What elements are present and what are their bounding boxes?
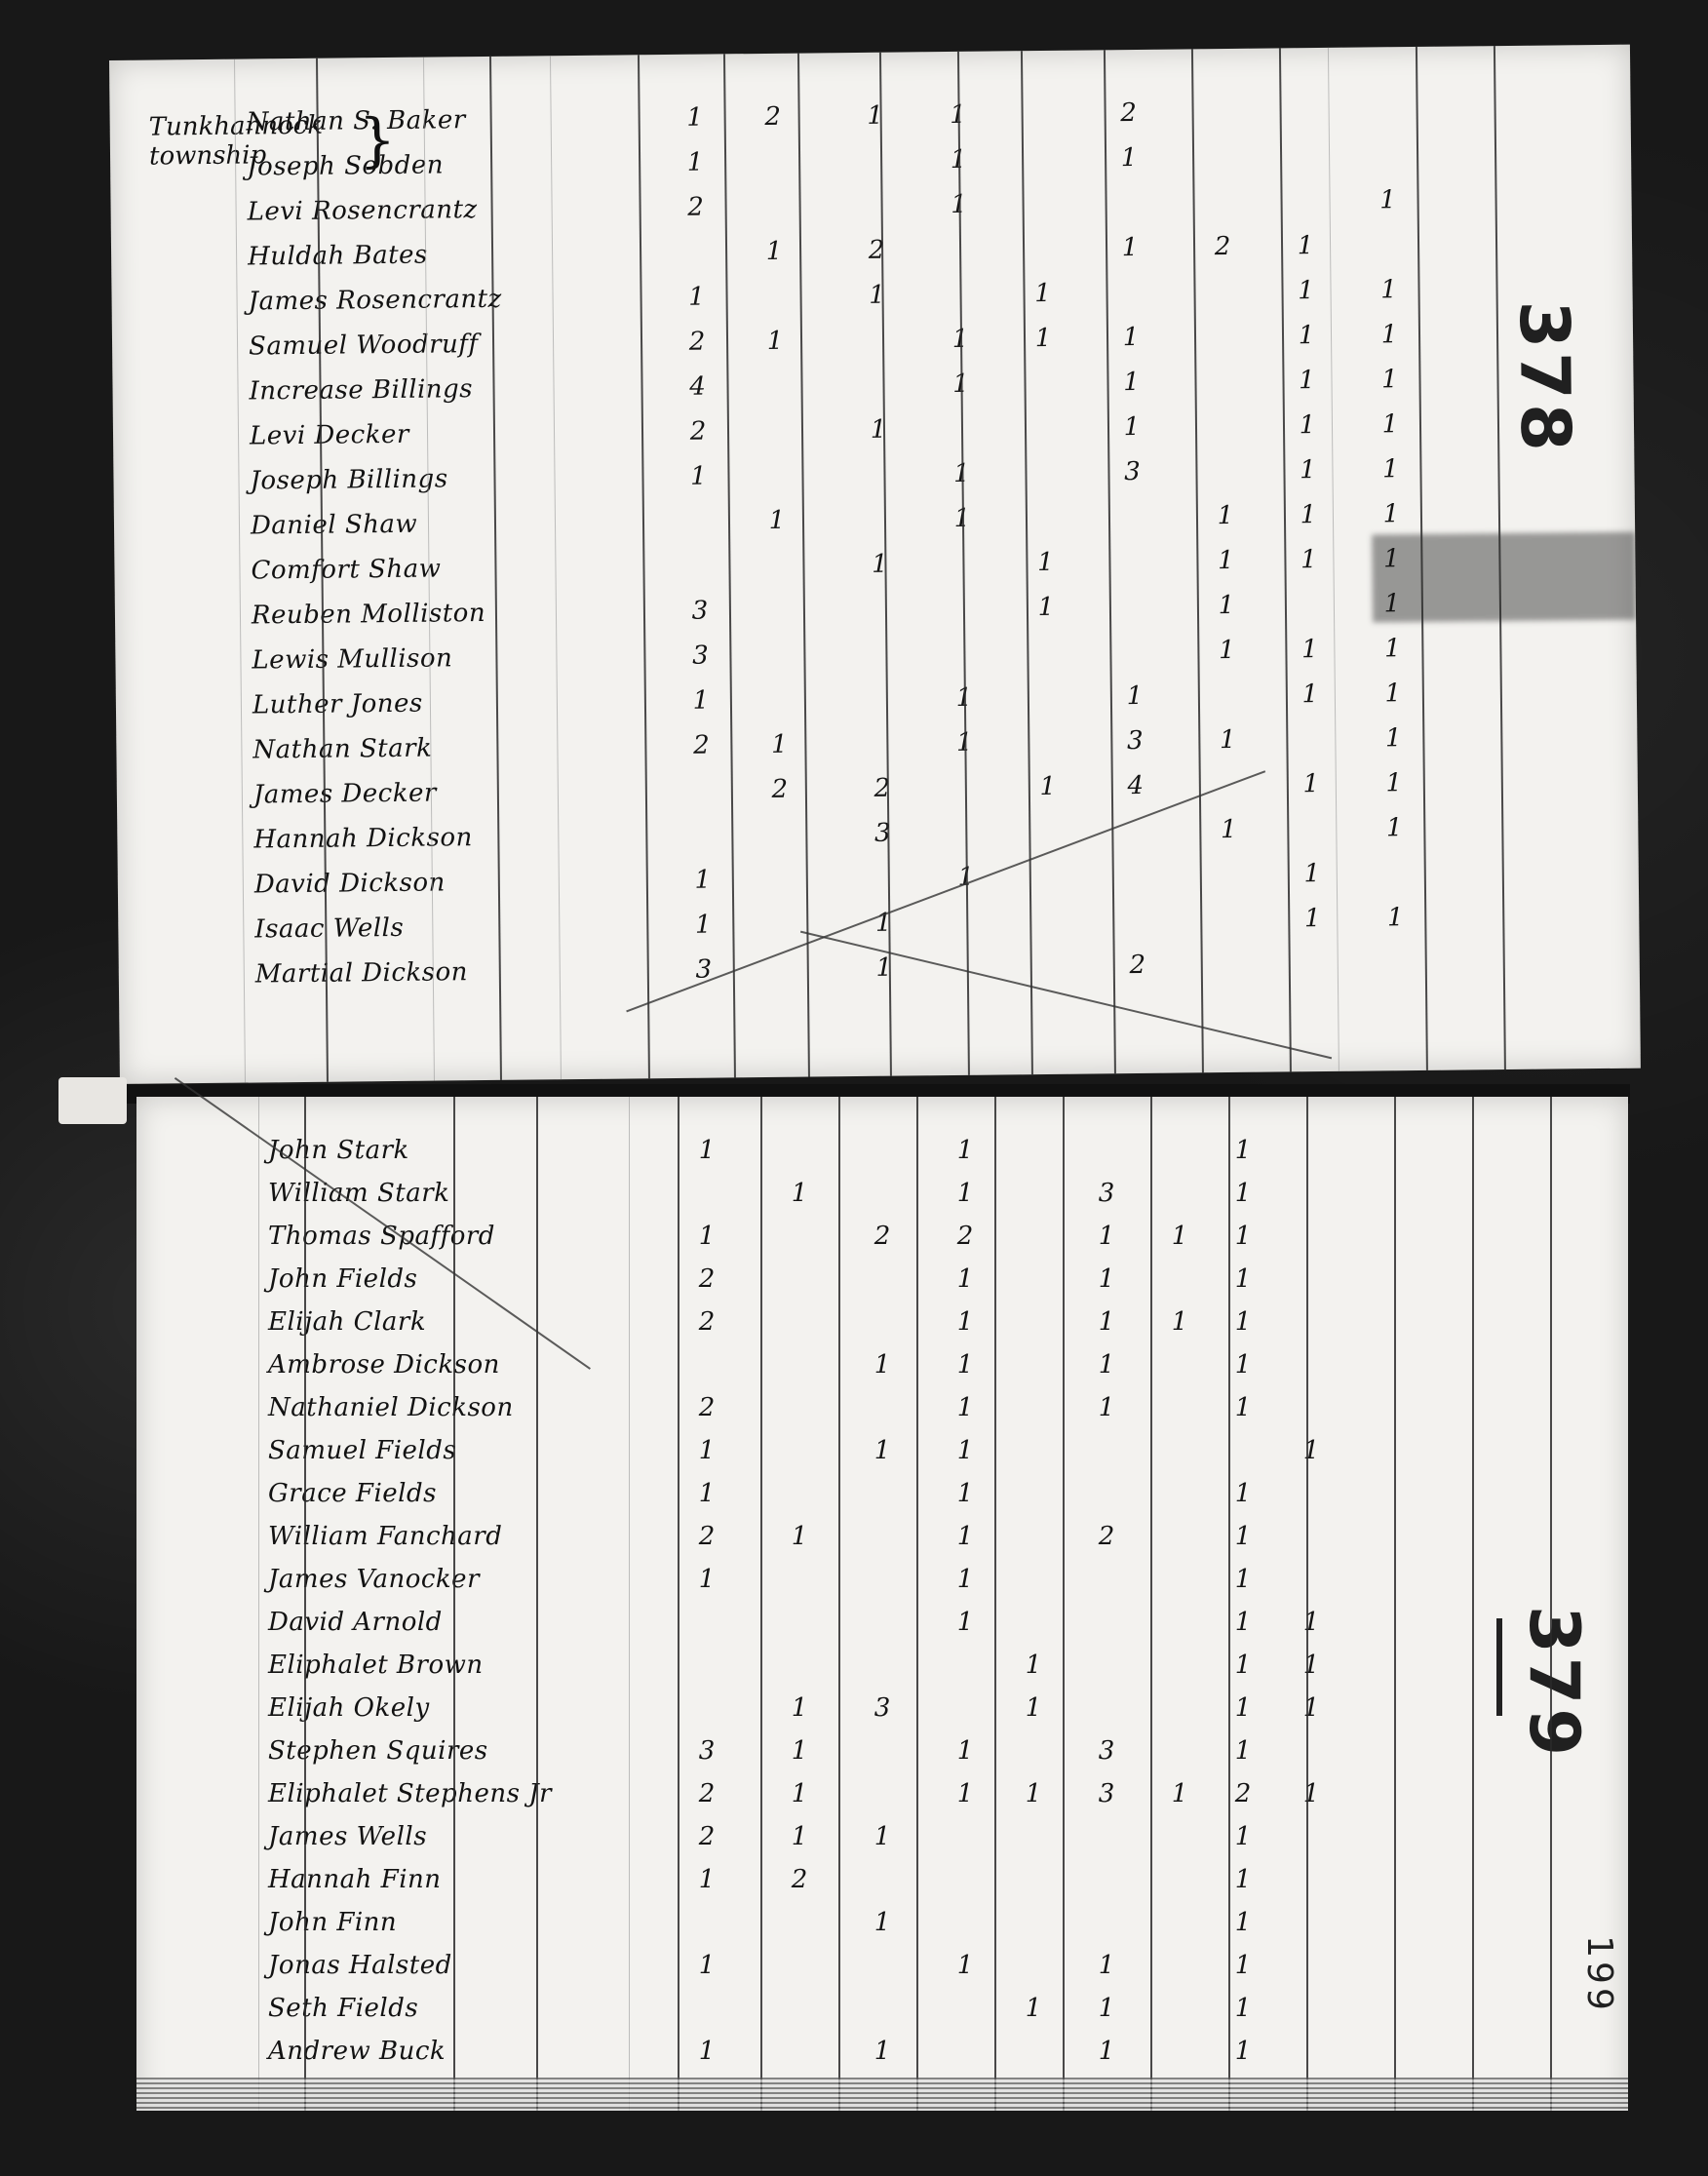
tally-cell: 1 bbox=[1228, 1951, 1258, 1980]
tally-cell: 1 bbox=[1228, 1350, 1258, 1379]
tally-cell: 1 bbox=[1374, 275, 1403, 304]
table-row: William Fanchard21121 bbox=[136, 1522, 1628, 1565]
table-row: Eliphalet Brown111 bbox=[136, 1651, 1628, 1693]
tally-cell: 1 bbox=[951, 1779, 980, 1808]
tally-cell: 1 bbox=[1228, 1908, 1258, 1937]
tally-cell: 1 bbox=[951, 1264, 980, 1294]
table-row: John Finn11 bbox=[136, 1908, 1628, 1951]
tally-cell: 1 bbox=[686, 686, 716, 716]
column-rule bbox=[536, 1097, 538, 2111]
column-rule bbox=[994, 1097, 996, 2111]
tally-cell: 1 bbox=[951, 1136, 980, 1165]
household-head-name: James Wells bbox=[268, 1822, 427, 1851]
tally-cell: 1 bbox=[680, 148, 710, 177]
tally-cell: 1 bbox=[1092, 2037, 1121, 2066]
tally-cell: 1 bbox=[1294, 545, 1323, 574]
household-head-name: David Dickson bbox=[254, 868, 446, 899]
tally-cell: 1 bbox=[785, 1179, 814, 1208]
tally-cell: 1 bbox=[1228, 1736, 1258, 1766]
tally-cell: 1 bbox=[1297, 1779, 1326, 1808]
tally-cell: 1 bbox=[1211, 546, 1240, 575]
tally-cell: 1 bbox=[1292, 366, 1321, 395]
tally-cell: 1 bbox=[1116, 323, 1145, 352]
household-head-name: Comfort Shaw bbox=[251, 554, 441, 585]
tally-cell: 1 bbox=[1379, 768, 1409, 797]
tally-cell: 1 bbox=[951, 1522, 980, 1551]
household-head-name: Jonas Halsted bbox=[268, 1951, 452, 1980]
tally-cell: 1 bbox=[1030, 548, 1060, 577]
tally-cell: 1 bbox=[868, 1822, 897, 1851]
tally-cell: 1 bbox=[692, 1136, 721, 1165]
tally-cell: 3 bbox=[685, 597, 715, 626]
column-rule bbox=[1394, 1097, 1396, 2111]
tally-cell: 1 bbox=[785, 1736, 814, 1766]
tally-cell: 1 bbox=[764, 730, 794, 759]
column-rule bbox=[1150, 1097, 1152, 2111]
tally-cell: 1 bbox=[1297, 1693, 1326, 1723]
tally-cell: 1 bbox=[785, 1693, 814, 1723]
table-row: James Wells2111 bbox=[136, 1822, 1628, 1865]
tally-cell: 1 bbox=[951, 1479, 980, 1508]
tally-cell: 1 bbox=[688, 911, 718, 940]
tally-cell: 1 bbox=[681, 283, 711, 312]
household-head-name: Elijah Okely bbox=[268, 1693, 430, 1723]
table-row: Elijah Okely13111 bbox=[136, 1693, 1628, 1736]
tally-cell: 2 bbox=[1123, 951, 1152, 980]
column-rule bbox=[1472, 1097, 1474, 2111]
tally-cell: 1 bbox=[862, 281, 891, 310]
tally-cell: 1 bbox=[1298, 859, 1327, 888]
column-rule bbox=[629, 1097, 630, 2111]
tally-cell: 2 bbox=[951, 1222, 980, 1251]
ledger-page-top: Tunkhannock township } 378 Nathan S. Bak… bbox=[109, 45, 1641, 1084]
tally-cell: 1 bbox=[1295, 635, 1324, 664]
table-row: William Stark1131 bbox=[136, 1179, 1628, 1222]
tally-cell: 1 bbox=[1114, 143, 1144, 173]
tally-cell: 1 bbox=[1092, 1307, 1121, 1337]
tally-cell: 3 bbox=[1092, 1736, 1121, 1766]
tally-cell: 1 bbox=[1291, 276, 1320, 305]
tally-cell: 3 bbox=[868, 819, 897, 848]
household-head-name: Andrew Buck bbox=[268, 2037, 446, 2066]
tally-cell: 1 bbox=[1228, 1264, 1258, 1294]
tally-cell: 1 bbox=[1297, 769, 1326, 798]
tally-cell: 1 bbox=[1228, 2037, 1258, 2066]
tally-cell: 1 bbox=[759, 237, 789, 266]
household-head-name: James Rosencrantz bbox=[248, 285, 501, 317]
tally-cell: 1 bbox=[692, 1565, 721, 1594]
tally-cell: 1 bbox=[688, 866, 718, 895]
table-row: Grace Fields111 bbox=[136, 1479, 1628, 1522]
tally-cell: 1 bbox=[1380, 903, 1410, 932]
ledger-page-bottom: 379 199 John Stark111William Stark1131Th… bbox=[136, 1097, 1628, 2111]
tally-cell: 1 bbox=[860, 101, 889, 131]
tally-cell: 1 bbox=[1228, 1565, 1258, 1594]
tally-cell: 1 bbox=[951, 1179, 980, 1208]
household-head-name: Samuel Fields bbox=[268, 1436, 456, 1465]
tally-cell: 1 bbox=[762, 506, 792, 535]
tally-cell: 1 bbox=[951, 1608, 980, 1637]
tally-cell: 1 bbox=[1165, 1779, 1194, 1808]
household-head-name: Nathan Stark bbox=[252, 734, 432, 765]
tally-cell: 1 bbox=[951, 1436, 980, 1465]
household-head-name: Eliphalet Stephens Jr bbox=[268, 1779, 552, 1808]
column-rule bbox=[304, 1097, 306, 2111]
tally-cell: 1 bbox=[1228, 1479, 1258, 1508]
tally-cell: 2 bbox=[1228, 1779, 1258, 1808]
tally-cell: 1 bbox=[1211, 501, 1240, 530]
tally-cell: 2 bbox=[1113, 98, 1143, 128]
household-head-name: John Finn bbox=[268, 1908, 397, 1937]
table-row: Nathaniel Dickson2111 bbox=[136, 1393, 1628, 1436]
household-head-name: John Fields bbox=[268, 1264, 417, 1294]
table-row: John Fields2111 bbox=[136, 1264, 1628, 1307]
household-head-name: John Stark bbox=[268, 1136, 409, 1165]
tally-cell: 3 bbox=[1092, 1779, 1121, 1808]
tally-cell: 1 bbox=[1375, 320, 1404, 349]
column-rule bbox=[1550, 1097, 1552, 2111]
tally-cell: 1 bbox=[1165, 1222, 1194, 1251]
tally-cell: 1 bbox=[1092, 1994, 1121, 2023]
tally-cell: 1 bbox=[1092, 1264, 1121, 1294]
column-rule bbox=[1063, 1097, 1065, 2111]
tally-cell: 1 bbox=[692, 1222, 721, 1251]
tally-cell: 1 bbox=[1378, 679, 1408, 708]
tally-cell: 1 bbox=[1378, 589, 1407, 618]
tally-cell: 1 bbox=[951, 1307, 980, 1337]
tally-cell: 4 bbox=[682, 372, 712, 402]
table-row: Stephen Squires31131 bbox=[136, 1736, 1628, 1779]
tally-cell: 1 bbox=[1293, 410, 1322, 440]
tally-cell: 1 bbox=[1378, 723, 1408, 753]
paper-tab-stub bbox=[58, 1077, 127, 1124]
tally-cell: 2 bbox=[868, 774, 897, 803]
tally-cell: 1 bbox=[1293, 455, 1322, 485]
tally-cell: 2 bbox=[683, 417, 713, 447]
tally-cell: 1 bbox=[1092, 1222, 1121, 1251]
household-head-name: Joseph Billings bbox=[250, 464, 447, 495]
tally-cell: 1 bbox=[1376, 454, 1405, 484]
household-head-name: Ambrose Dickson bbox=[268, 1350, 500, 1379]
tally-cell: 1 bbox=[1031, 593, 1061, 622]
household-head-name: Levi Rosencrantz bbox=[247, 195, 477, 226]
tally-cell: 1 bbox=[1019, 1994, 1048, 2023]
household-head-name: Martial Dickson bbox=[255, 957, 468, 989]
tally-cell: 1 bbox=[868, 2037, 897, 2066]
tally-cell: 3 bbox=[685, 641, 715, 671]
household-head-name: Lewis Mullison bbox=[252, 643, 452, 675]
tally-cell: 1 bbox=[865, 550, 894, 579]
household-head-name: Samuel Woodruff bbox=[249, 330, 479, 361]
tally-cell: 1 bbox=[1019, 1779, 1048, 1808]
column-rule bbox=[760, 1097, 762, 2111]
table-row: Samuel Fields1111 bbox=[136, 1436, 1628, 1479]
column-rule bbox=[453, 1097, 455, 2111]
tally-cell: 2 bbox=[692, 1307, 721, 1337]
tally-cell: 1 bbox=[692, 1865, 721, 1894]
column-rule bbox=[838, 1097, 840, 2111]
tally-cell: 2 bbox=[692, 1779, 721, 1808]
tally-cell: 1 bbox=[870, 953, 899, 983]
tally-cell: 1 bbox=[951, 1951, 980, 1980]
table-row: Hannah Finn121 bbox=[136, 1865, 1628, 1908]
household-head-name: Seth Fields bbox=[268, 1994, 418, 2023]
tally-cell: 1 bbox=[683, 462, 713, 491]
tally-cell: 1 bbox=[1297, 1608, 1326, 1637]
tally-cell: 1 bbox=[1297, 1651, 1326, 1680]
tally-cell: 3 bbox=[1117, 457, 1146, 486]
tally-cell: 2 bbox=[692, 1822, 721, 1851]
tally-cell: 2 bbox=[692, 1264, 721, 1294]
tally-cell: 1 bbox=[1117, 412, 1146, 442]
tally-cell: 3 bbox=[1120, 726, 1149, 756]
tally-cell: 1 bbox=[785, 1822, 814, 1851]
table-row: John Stark111 bbox=[136, 1136, 1628, 1179]
household-head-name: Increase Billings bbox=[249, 374, 473, 406]
tally-cell: 3 bbox=[1092, 1179, 1121, 1208]
tally-cell: 2 bbox=[692, 1522, 721, 1551]
tally-cell: 1 bbox=[1228, 1222, 1258, 1251]
tally-cell: 1 bbox=[1228, 1179, 1258, 1208]
tally-cell: 2 bbox=[1208, 232, 1237, 261]
tally-cell: 1 bbox=[1373, 185, 1402, 214]
tally-cell: 1 bbox=[1376, 409, 1405, 439]
tally-cell: 1 bbox=[1377, 499, 1406, 528]
column-rule bbox=[916, 1097, 918, 2111]
household-head-name: William Stark bbox=[268, 1179, 449, 1208]
tally-cell: 1 bbox=[1228, 1994, 1258, 2023]
tally-cell: 2 bbox=[765, 775, 795, 804]
tally-cell: 1 bbox=[1228, 1307, 1258, 1337]
tally-cell: 1 bbox=[1019, 1693, 1048, 1723]
tally-cell: 1 bbox=[1116, 368, 1145, 397]
household-head-name: Levi Decker bbox=[250, 420, 409, 451]
table-row: Andrew Buck1111 bbox=[136, 2037, 1628, 2079]
tally-cell: 1 bbox=[692, 1951, 721, 1980]
tally-cell: 1 bbox=[1092, 1393, 1121, 1422]
tally-cell: 1 bbox=[1165, 1307, 1194, 1337]
tally-cell: 1 bbox=[692, 1436, 721, 1465]
tally-cell: 2 bbox=[757, 102, 787, 132]
tally-cell: 1 bbox=[1298, 904, 1327, 933]
tally-cell: 1 bbox=[1092, 1951, 1121, 1980]
table-row: Eliphalet Stephens Jr21113121 bbox=[136, 1779, 1628, 1822]
tally-cell: 1 bbox=[868, 1350, 897, 1379]
tally-cell: 2 bbox=[785, 1865, 814, 1894]
table-row: Seth Fields111 bbox=[136, 1994, 1628, 2037]
tally-cell: 1 bbox=[1292, 321, 1321, 350]
household-head-name: David Arnold bbox=[268, 1608, 443, 1637]
tally-cell: 1 bbox=[1120, 681, 1149, 711]
tally-cell: 1 bbox=[1228, 1822, 1258, 1851]
household-head-name: Thomas Spafford bbox=[268, 1222, 495, 1251]
tally-cell: 1 bbox=[1228, 1651, 1258, 1680]
household-head-name: Hannah Finn bbox=[268, 1865, 442, 1894]
tally-cell: 1 bbox=[1115, 233, 1145, 262]
tally-cell: 1 bbox=[868, 1436, 897, 1465]
tally-cell: 2 bbox=[686, 731, 716, 760]
household-head-name: Elijah Clark bbox=[268, 1307, 426, 1337]
tally-cell: 1 bbox=[951, 1393, 980, 1422]
tally-cell: 1 bbox=[1378, 634, 1407, 663]
household-head-name: Joseph Sobden bbox=[247, 150, 444, 181]
column-rule bbox=[1228, 1097, 1230, 2111]
column-rule bbox=[678, 1097, 679, 2111]
household-head-name: Daniel Shaw bbox=[251, 510, 417, 541]
column-rule bbox=[1306, 1097, 1308, 2111]
tally-cell: 1 bbox=[1291, 231, 1320, 260]
tally-cell: 3 bbox=[692, 1736, 721, 1766]
household-head-name: Hannah Dickson bbox=[253, 823, 473, 854]
tally-cell: 2 bbox=[680, 193, 710, 222]
tally-cell: 1 bbox=[1228, 1865, 1258, 1894]
tally-cell: 1 bbox=[951, 1350, 980, 1379]
tally-cell: 1 bbox=[679, 103, 709, 133]
tally-cell: 1 bbox=[1213, 725, 1242, 755]
tally-cell: 1 bbox=[868, 1908, 897, 1937]
tally-cell: 1 bbox=[1228, 1136, 1258, 1165]
tally-cell: 2 bbox=[682, 328, 712, 357]
tally-cell: 1 bbox=[1296, 680, 1325, 709]
tally-cell: 1 bbox=[1212, 636, 1241, 665]
tally-cell: 2 bbox=[692, 1393, 721, 1422]
table-row: David Arnold111 bbox=[136, 1608, 1628, 1651]
tally-cell: 1 bbox=[1228, 1522, 1258, 1551]
table-row: Thomas Spafford122111 bbox=[136, 1222, 1628, 1264]
tally-cell: 1 bbox=[951, 1565, 980, 1594]
household-head-name: Nathan S. Baker bbox=[247, 105, 466, 136]
table-row: Jonas Halsted1111 bbox=[136, 1951, 1628, 1994]
tally-cell: 1 bbox=[1377, 544, 1406, 573]
tally-cell: 1 bbox=[1228, 1393, 1258, 1422]
household-head-name: Reuben Molliston bbox=[252, 599, 485, 631]
tally-cell: 1 bbox=[1294, 500, 1323, 529]
tally-cell: 1 bbox=[785, 1522, 814, 1551]
tally-cell: 1 bbox=[1029, 324, 1058, 353]
tally-cell: 1 bbox=[1297, 1436, 1326, 1465]
household-head-name: Grace Fields bbox=[268, 1479, 437, 1508]
tally-cell: 1 bbox=[692, 2037, 721, 2066]
tally-cell: 2 bbox=[1092, 1522, 1121, 1551]
tally-cell: 1 bbox=[692, 1479, 721, 1508]
household-head-name: Huldah Bates bbox=[248, 241, 428, 272]
household-head-name: Isaac Wells bbox=[254, 913, 404, 945]
column-rule bbox=[258, 1097, 259, 2111]
tally-cell: 1 bbox=[1379, 813, 1409, 842]
tally-cell: 1 bbox=[1019, 1651, 1048, 1680]
household-head-name: Eliphalet Brown bbox=[268, 1651, 484, 1680]
household-head-name: James Decker bbox=[253, 779, 437, 810]
tally-cell: 1 bbox=[785, 1779, 814, 1808]
tally-cell: 2 bbox=[868, 1222, 897, 1251]
tally-cell: 1 bbox=[1092, 1350, 1121, 1379]
tally-cell: 1 bbox=[1375, 365, 1404, 394]
tally-cell: 1 bbox=[864, 415, 893, 445]
tally-cell: 1 bbox=[760, 327, 790, 356]
tally-cell: 1 bbox=[1212, 591, 1241, 620]
table-row: Ambrose Dickson1111 bbox=[136, 1350, 1628, 1393]
household-head-name: James Vanocker bbox=[268, 1565, 480, 1594]
tally-cell: 1 bbox=[1228, 1608, 1258, 1637]
tally-cell: 1 bbox=[1228, 1693, 1258, 1723]
tally-cell: 1 bbox=[1214, 815, 1243, 844]
household-head-name: Luther Jones bbox=[252, 689, 423, 720]
table-row: James Vanocker111 bbox=[136, 1565, 1628, 1608]
tally-cell: 1 bbox=[1033, 772, 1063, 801]
tally-cell: 1 bbox=[951, 1736, 980, 1766]
tally-cell: 4 bbox=[1121, 771, 1150, 800]
table-row: Elijah Clark21111 bbox=[136, 1307, 1628, 1350]
tally-cell: 1 bbox=[1028, 279, 1057, 308]
tally-cell: 3 bbox=[868, 1693, 897, 1723]
tally-cell: 2 bbox=[862, 236, 891, 265]
